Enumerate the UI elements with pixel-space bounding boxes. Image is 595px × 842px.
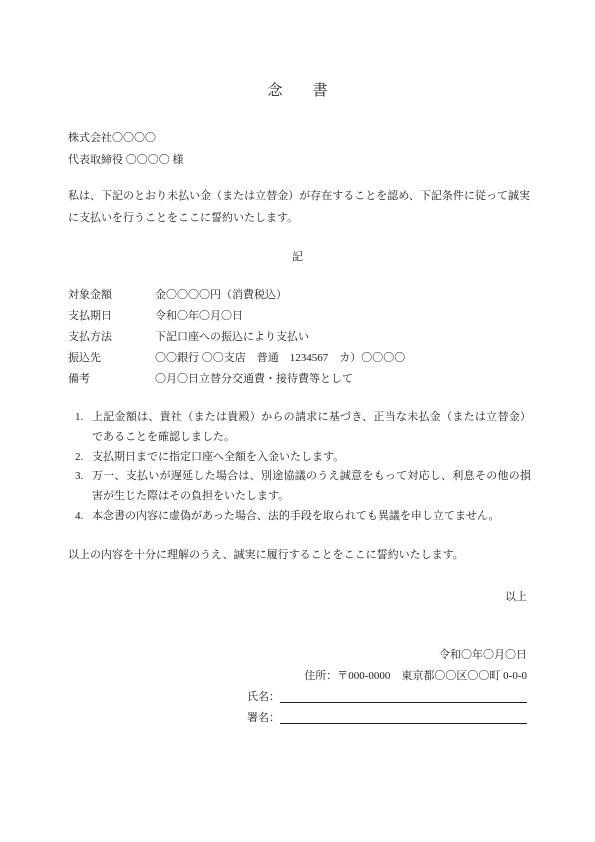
clause-number: 3. <box>75 467 92 507</box>
clause-number: 1. <box>75 408 92 448</box>
clause-number: 4. <box>75 507 92 527</box>
detail-label: 備考 <box>68 369 155 390</box>
detail-value: 下記口座への振込により支払い <box>155 327 309 348</box>
detail-label: 支払方法 <box>68 327 155 348</box>
sign-label: 署名： <box>247 708 280 729</box>
clauses-list: 1. 上記金額は、貴社（または貴殿）からの請求に基づき、正当な未払金（または立替… <box>75 408 531 527</box>
details-table: 対象金額 金〇〇〇〇円（消費税込） 支払期日 令和〇年〇月〇日 支払方法 下記口… <box>68 285 405 390</box>
detail-value: 〇〇銀行 〇〇支店 普通 1234567 カ）〇〇〇〇 <box>155 348 405 369</box>
intro-paragraph: 私は、下記のとおり未払い金（または立替金）が存在することを認め、下記条件に従って… <box>68 185 530 229</box>
signature-block: 令和〇年〇月〇日 住所：〒000-0000 東京都〇〇区〇〇町 0-0-0 氏名… <box>68 645 527 729</box>
end-marker: 以上 <box>68 587 527 607</box>
clause-text: 本念書の内容に虚偽があった場合、法的手段を取られても異議を申し立てません。 <box>92 507 531 527</box>
detail-label: 振込先 <box>68 348 155 369</box>
clause-number: 2. <box>75 448 92 468</box>
detail-row-due-date: 支払期日 令和〇年〇月〇日 <box>68 306 405 327</box>
signature-field-line[interactable] <box>280 708 527 724</box>
clause-item-4: 4. 本念書の内容に虚偽があった場合、法的手段を取られても異議を申し立てません。 <box>75 507 531 527</box>
recipient-company: 株式会社〇〇〇〇 <box>68 127 184 149</box>
clause-item-1: 1. 上記金額は、貴社（または貴殿）からの請求に基づき、正当な未払金（または立替… <box>75 408 531 448</box>
detail-value: 〇月〇日立替分交通費・接待費等として <box>155 369 353 390</box>
closing-paragraph: 以上の内容を十分に理解のうえ、誠実に履行することをここに誓約いたします。 <box>68 544 530 566</box>
signature-sign-row: 署名： <box>68 708 527 729</box>
name-label: 氏名： <box>247 687 280 708</box>
detail-value: 金〇〇〇〇円（消費税込） <box>155 285 287 306</box>
detail-row-payment-method: 支払方法 下記口座への振込により支払い <box>68 327 405 348</box>
clause-text: 万一、支払いが遅延した場合は、別途協議のうえ誠意をもって対応し、利息その他の損害… <box>92 467 531 507</box>
document-title: 念 書 <box>0 81 595 101</box>
detail-label: 対象金額 <box>68 285 155 306</box>
name-field-line[interactable] <box>280 687 527 703</box>
record-marker: 記 <box>0 247 595 267</box>
signature-address: 住所：〒000-0000 東京都〇〇区〇〇町 0-0-0 <box>68 666 527 687</box>
detail-label: 支払期日 <box>68 306 155 327</box>
clause-text: 上記金額は、貴社（または貴殿）からの請求に基づき、正当な未払金（または立替金）で… <box>92 408 531 448</box>
recipient-block: 株式会社〇〇〇〇 代表取締役 〇〇〇〇 様 <box>68 127 184 171</box>
detail-row-bank-account: 振込先 〇〇銀行 〇〇支店 普通 1234567 カ）〇〇〇〇 <box>68 348 405 369</box>
nensho-document-page: 念 書 株式会社〇〇〇〇 代表取締役 〇〇〇〇 様 私は、下記のとおり未払い金（… <box>0 0 595 842</box>
clause-text: 支払期日までに指定口座へ全額を入金いたします。 <box>92 448 531 468</box>
recipient-person: 代表取締役 〇〇〇〇 様 <box>68 149 184 171</box>
detail-value: 令和〇年〇月〇日 <box>155 306 243 327</box>
clause-item-3: 3. 万一、支払いが遅延した場合は、別途協議のうえ誠意をもって対応し、利息その他… <box>75 467 531 507</box>
signature-name-row: 氏名： <box>68 687 527 708</box>
signature-date: 令和〇年〇月〇日 <box>68 645 527 666</box>
clause-item-2: 2. 支払期日までに指定口座へ全額を入金いたします。 <box>75 448 531 468</box>
detail-row-amount: 対象金額 金〇〇〇〇円（消費税込） <box>68 285 405 306</box>
detail-row-remarks: 備考 〇月〇日立替分交通費・接待費等として <box>68 369 405 390</box>
